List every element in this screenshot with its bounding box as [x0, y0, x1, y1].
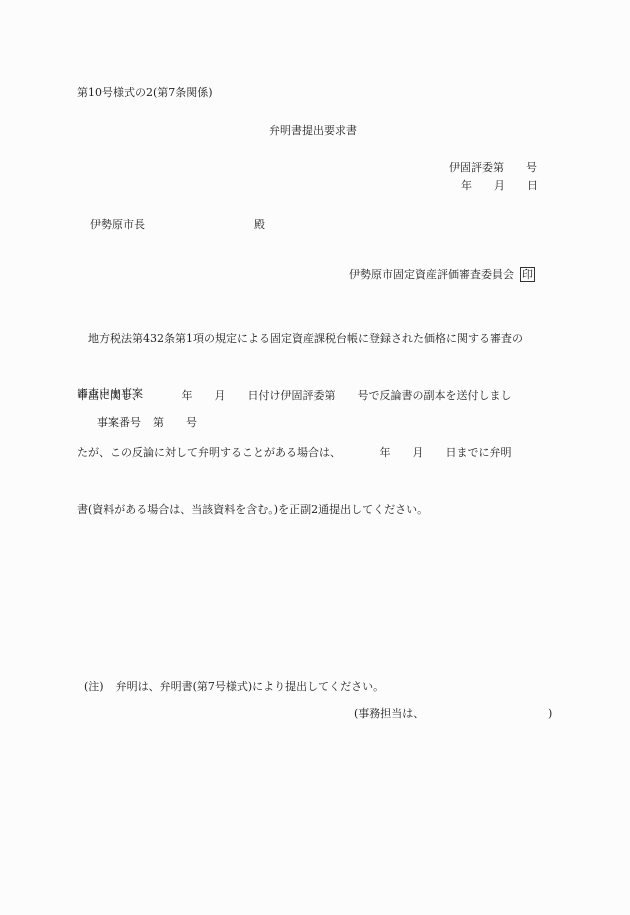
contact-label: (事務担当は、 — [354, 708, 424, 719]
case-number-suffix: 号 — [186, 416, 197, 429]
body-line: 申出に関し、 年 月 日付け伊固評委第 号で反論書の副本を送付しまし — [77, 386, 554, 405]
case-number-prefix: 第 — [153, 416, 164, 429]
note-text: 弁明は、弁明書(第7号様式)により提出してください。 — [116, 680, 385, 693]
document-title: 弁明書提出要求書 — [269, 125, 357, 136]
body-line: 地方税法第432条第1項の規定による固定資産課税台帳に登録された価格に関する審査… — [77, 329, 554, 348]
document-date: 年 月 日 — [461, 180, 538, 191]
case-number-label: 事案番号 — [97, 416, 141, 429]
sender-name: 伊勢原市固定資産評価審査委員会 — [349, 268, 514, 281]
case-heading: 審査申出事案 — [77, 388, 143, 399]
contact-close: ) — [548, 708, 552, 719]
seal-icon: 印 — [520, 267, 535, 282]
addressee-name: 伊勢原市長 — [90, 219, 145, 230]
sender: 伊勢原市固定資産評価審査委員会印 — [342, 256, 535, 282]
note-label: (注) — [84, 680, 104, 693]
body-line: 書(資料がある場合は、当該資料を含む。)を正副2通提出してください。 — [77, 500, 554, 519]
case-number-row: 事案番号第号 — [90, 406, 197, 428]
reference-number: 伊固評委第 号 — [449, 162, 537, 173]
addressee-honorific: 殿 — [254, 219, 265, 230]
body-line: たが、この反論に対して弁明することがある場合は、 年 月 日までに弁明 — [77, 443, 554, 462]
note-row: (注)弁明は、弁明書(第7号様式)により提出してください。 — [77, 670, 384, 692]
form-number: 第10号様式の2(第7条関係) — [77, 87, 213, 98]
